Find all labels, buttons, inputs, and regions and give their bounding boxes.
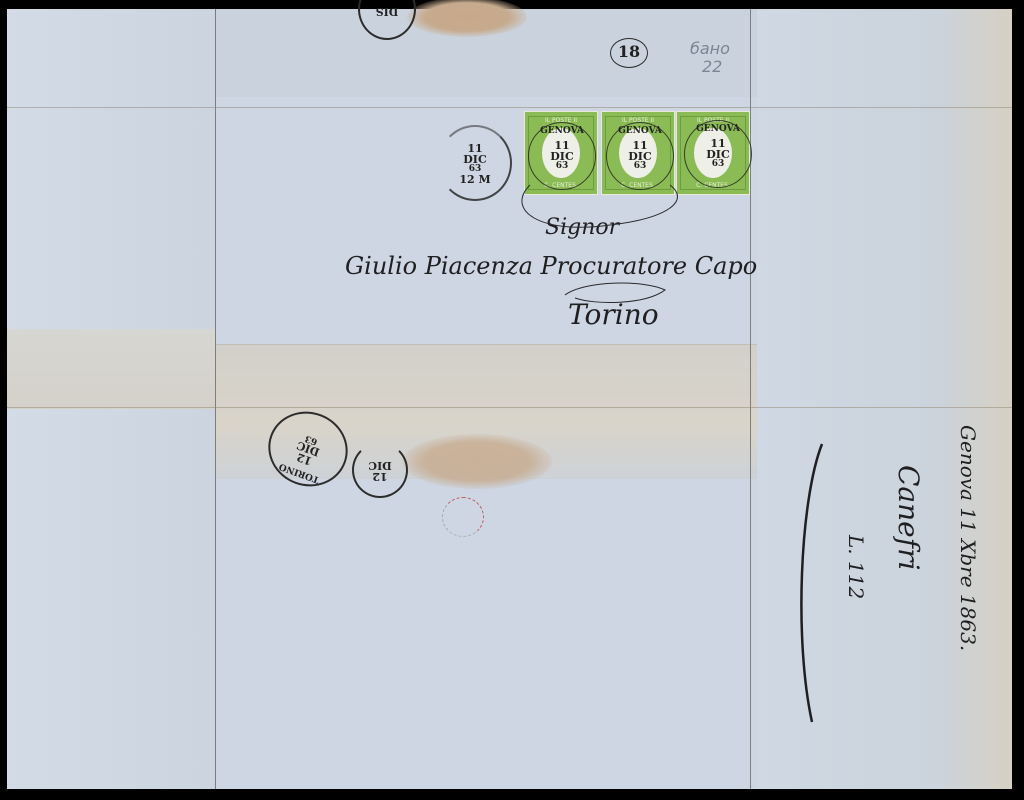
cancel-year: 63 bbox=[529, 162, 595, 171]
wax-seal-stain-bottom bbox=[402, 434, 552, 489]
letter-sheet bbox=[7, 9, 1012, 789]
salutation-flourish bbox=[500, 180, 700, 240]
postmark-month: DIS bbox=[360, 6, 414, 17]
fold-line-left bbox=[215, 9, 216, 789]
postmark-month: DIC bbox=[354, 460, 406, 471]
cancel-year: 63 bbox=[607, 162, 673, 171]
fold-line-top bbox=[7, 107, 1012, 108]
city-flourish bbox=[555, 280, 675, 310]
stain-band-left bbox=[7, 329, 215, 409]
pencil-note-line2: 22 bbox=[690, 58, 730, 76]
stamp-cancel-3: GENOVA 11 DIC 63 bbox=[684, 120, 752, 188]
oval-number-marking: 18 bbox=[610, 38, 648, 68]
arrival-postmark-small: 12 DIC bbox=[352, 442, 408, 498]
docket-sender: Canefri bbox=[892, 465, 925, 570]
cancel-town: GENOVA bbox=[529, 127, 595, 136]
cancel-town: GENOVA bbox=[607, 127, 673, 136]
marking-number: 18 bbox=[611, 44, 647, 60]
address-name: Giulio Piacenza Procuratore Capo bbox=[345, 252, 757, 280]
docket-bracket bbox=[790, 440, 830, 730]
docket-amount: L. 112 bbox=[844, 535, 868, 599]
fold-line-flap bbox=[215, 344, 757, 345]
docket-date: Genova 11 Xbre 1863. bbox=[956, 425, 980, 651]
postmark-day: 12 bbox=[354, 471, 406, 482]
pencil-note: бано 22 bbox=[690, 40, 730, 76]
cancel-town: GENOVA bbox=[685, 125, 751, 134]
cancel-year: 63 bbox=[685, 160, 751, 169]
fold-line-middle bbox=[7, 407, 1012, 408]
red-handstamp bbox=[442, 497, 484, 537]
pencil-note-line1: бано bbox=[690, 40, 730, 58]
